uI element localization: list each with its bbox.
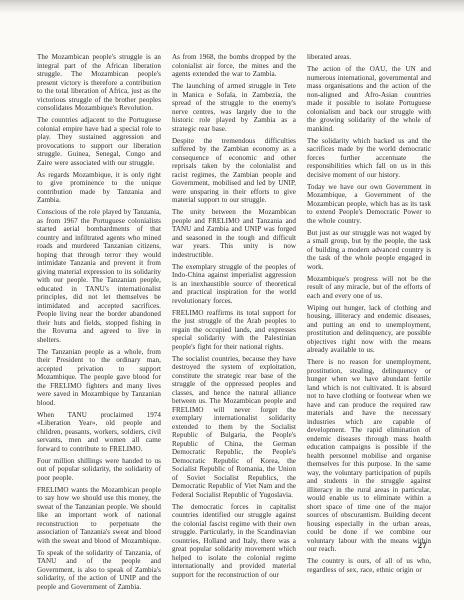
paragraph: Mozambique's progress will not be the re… bbox=[307, 275, 431, 301]
paragraph: There is no reason for unemployment, pro… bbox=[307, 358, 431, 554]
paragraph: FRELIMO reaffirms its total support for … bbox=[172, 309, 296, 352]
scan-edge-shadow bbox=[0, 0, 464, 14]
paragraph: The exemplary struggle of the peoples of… bbox=[172, 263, 296, 306]
paragraph: The countries adjacent to the Portuguese… bbox=[37, 116, 161, 167]
page-number: 27 bbox=[418, 541, 427, 550]
column-right: liberated areas.The action of the OAU, t… bbox=[307, 53, 431, 595]
paragraph: The democratic forces in capitalist coun… bbox=[172, 503, 296, 580]
paragraph: The country is ours, of all of us who, r… bbox=[307, 557, 431, 574]
paragraph: The Tanzanian people as a whole, from th… bbox=[37, 348, 161, 408]
paragraph: Today we have our own Government in Moza… bbox=[307, 183, 431, 226]
paragraph: The action of the OAU, the UN and numero… bbox=[307, 65, 431, 133]
paragraph: The launching of armed struggle in Tete … bbox=[172, 82, 296, 133]
paragraph: The Mozambican people's struggle is an i… bbox=[37, 53, 161, 113]
text-columns: The Mozambican people's struggle is an i… bbox=[37, 53, 429, 595]
paragraph: As regards Mozambique, it is only right … bbox=[37, 171, 161, 205]
column-middle: As from 1968, the bombs dropped by the c… bbox=[172, 53, 296, 595]
paragraph: The socialist countries, because they ha… bbox=[172, 355, 296, 500]
document-page: The Mozambican people's struggle is an i… bbox=[0, 0, 464, 600]
paragraph: But just as our struggle was not waged b… bbox=[307, 229, 431, 272]
paragraph: The unity between the Mozambican people … bbox=[172, 208, 296, 259]
paragraph: Wiping out hunger, lack of clothing and … bbox=[307, 304, 431, 355]
paragraph: When TANU proclaimed 1974 «Liberation Ye… bbox=[37, 411, 161, 454]
paragraph: liberated areas. bbox=[307, 53, 431, 62]
paragraph: To speak of the solidarity of Tanzania, … bbox=[37, 549, 161, 592]
column-left: The Mozambican people's struggle is an i… bbox=[37, 53, 161, 595]
paragraph: As from 1968, the bombs dropped by the c… bbox=[172, 53, 296, 79]
paragraph: Four million shillings were handed to us… bbox=[37, 457, 161, 483]
paragraph: Despite the tremendous difficulties suff… bbox=[172, 137, 296, 205]
paragraph: FRELIMO wants the Mozambican people to s… bbox=[37, 486, 161, 546]
paragraph: Conscious of the role played by Tanzania… bbox=[37, 208, 161, 344]
paragraph: The solidarity which backed us and the s… bbox=[307, 137, 431, 180]
